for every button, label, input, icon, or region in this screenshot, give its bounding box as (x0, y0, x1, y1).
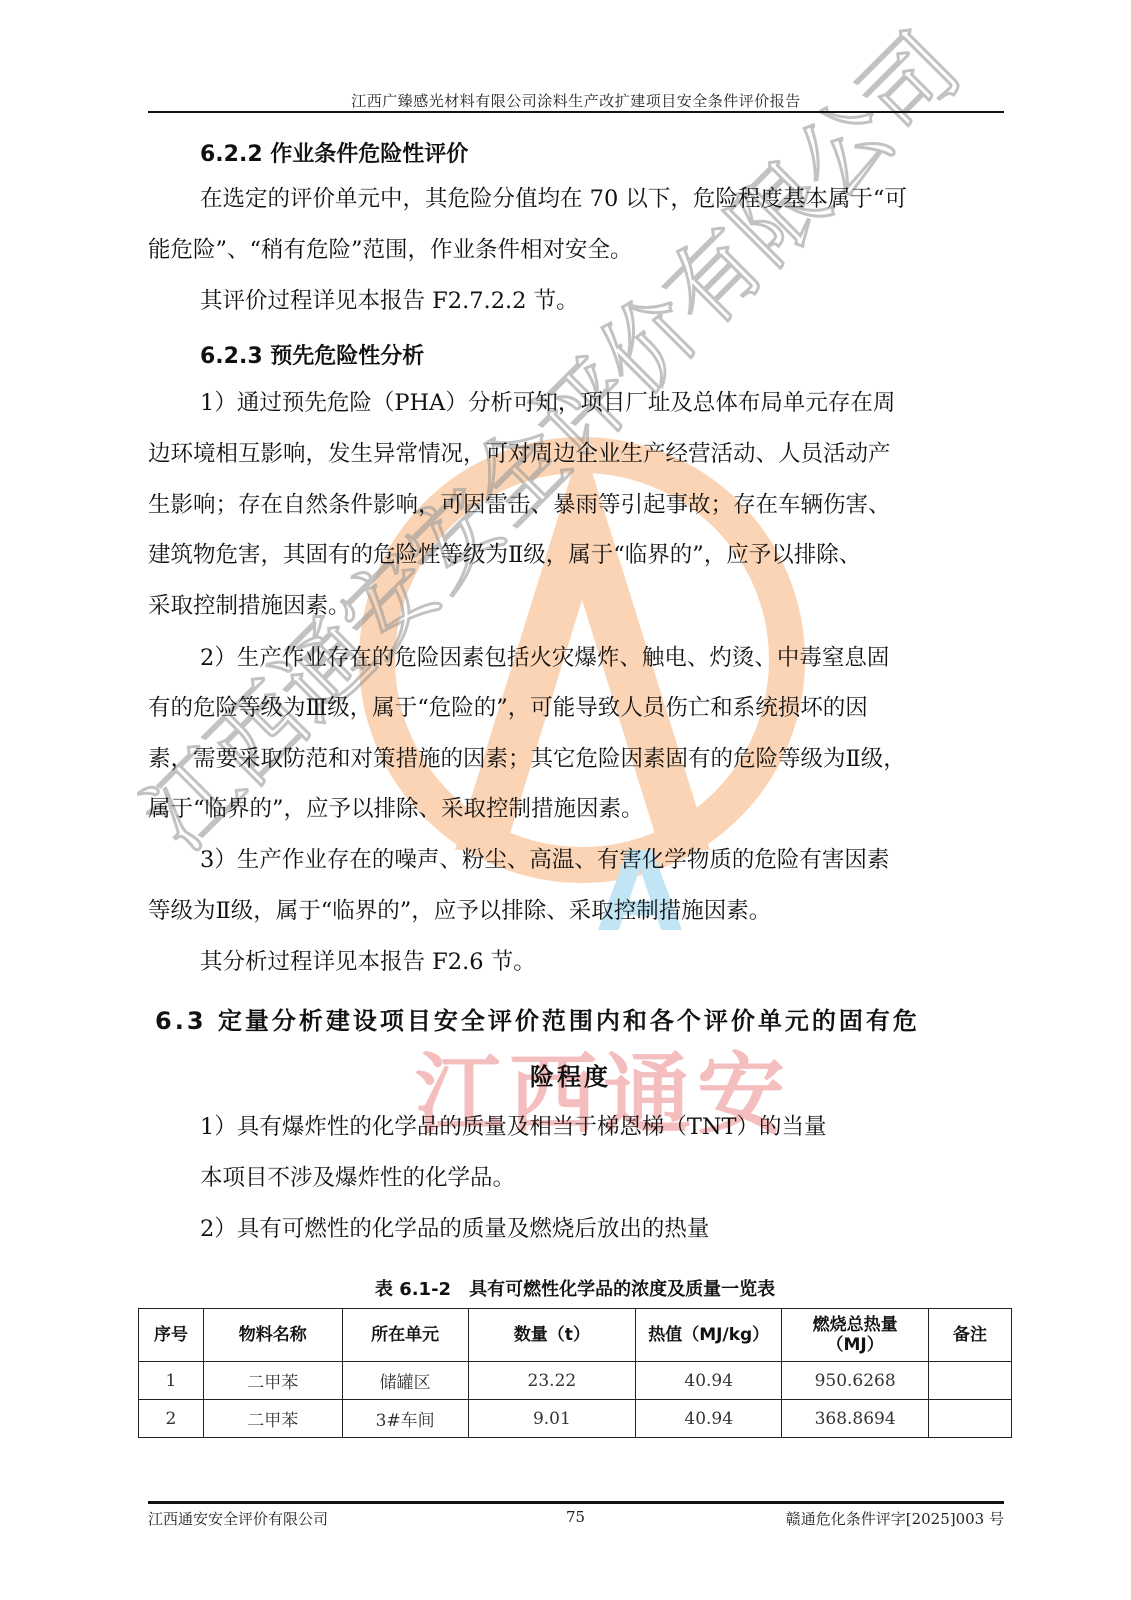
paragraph-line: 2）生产作业存在的危险因素包括火灾爆炸、触电、灼烫、中毒窒息固 (200, 646, 1056, 670)
paragraph-line: 属于“临界的”，应予以排除、采取控制措施因素。 (148, 797, 1004, 821)
paragraph-line: 能危险”、“稍有危险”范围，作业条件相对安全。 (148, 238, 1004, 262)
col-header: 热值（MJ/kg） (636, 1309, 782, 1362)
table-cell: 23.22 (468, 1362, 636, 1400)
table-cell: 3#车间 (342, 1400, 468, 1438)
table-cell: 二甲苯 (203, 1400, 342, 1438)
section-heading-6-3-cont: 险程度 (530, 1057, 611, 1092)
table-cell: 40.94 (636, 1362, 782, 1400)
paragraph-line: 有的危险等级为Ⅲ级，属于“危险的”，可能导致人员伤亡和系统损坏的因 (148, 696, 1004, 720)
paragraph-line: 1）具有爆炸性的化学品的质量及相当于梯恩梯（TNT）的当量 (200, 1115, 1056, 1139)
table-cell: 二甲苯 (203, 1362, 342, 1400)
paragraph-line: 在选定的评价单元中，其危险分值均在 70 以下，危险程度基本属于“可 (200, 187, 1056, 211)
document-page: A 江西通安 江西通安安全评价有限公司 江西广臻感光材料有限公司涂料生产改扩建项… (0, 0, 1131, 1600)
paragraph-line: 建筑物危害，其固有的危险性等级为Ⅱ级，属于“临界的”，应予以排除、 (148, 543, 1004, 567)
table-cell: 2 (139, 1400, 204, 1438)
paragraph-line: 生影响；存在自然条件影响，可因雷击、暴雨等引起事故；存在车辆伤害、 (148, 493, 1004, 517)
table-cell: 1 (139, 1362, 204, 1400)
table-cell (929, 1362, 1012, 1400)
col-header: 备注 (929, 1309, 1012, 1362)
running-header: 江西广臻感光材料有限公司涂料生产改扩建项目安全条件评价报告 (148, 90, 1004, 111)
col-header: 数量（t） (468, 1309, 636, 1362)
paragraph-line: 1）通过预先危险（PHA）分析可知，项目厂址及总体布局单元存在周 (200, 391, 1056, 415)
section-heading-6-2-2: 6.2.2 作业条件危险性评价 (200, 137, 468, 168)
table-row: 2 二甲苯 3#车间 9.01 40.94 368.8694 (139, 1400, 1012, 1438)
table-cell (929, 1400, 1012, 1438)
watermark-stamp-text: 江西通安安全评价有限公司 (110, 0, 984, 873)
table-caption: 表 6.1-2 具有可燃性化学品的浓度及质量一览表 (138, 1275, 1012, 1301)
footer-company: 江西通安安全评价有限公司 (148, 1508, 328, 1529)
flammable-chemicals-table: 序号 物料名称 所在单元 数量（t） 热值（MJ/kg） 燃烧总热量（MJ） 备… (138, 1308, 1012, 1438)
paragraph-line: 素，需要采取防范和对策措施的因素；其它危险因素固有的危险等级为Ⅱ级， (148, 747, 1004, 771)
paragraph-line: 采取控制措施因素。 (148, 594, 1004, 618)
col-header: 序号 (139, 1309, 204, 1362)
table-cell: 储罐区 (342, 1362, 468, 1400)
paragraph-line: 3）生产作业存在的噪声、粉尘、高温、有害化学物质的危险有害因素 (200, 848, 1056, 872)
table-header-row: 序号 物料名称 所在单元 数量（t） 热值（MJ/kg） 燃烧总热量（MJ） 备… (139, 1309, 1012, 1362)
header-rule (148, 111, 1004, 113)
paragraph-line: 其评价过程详见本报告 F2.7.2.2 节。 (200, 289, 1056, 313)
section-heading-6-3: 6.3 定量分析建设项目安全评价范围内和各个评价单元的固有危 (155, 1001, 920, 1036)
col-header: 燃烧总热量（MJ） (782, 1309, 929, 1362)
page-number: 75 (566, 1508, 585, 1526)
table-cell: 9.01 (468, 1400, 636, 1438)
table-cell: 950.6268 (782, 1362, 929, 1400)
col-header: 所在单元 (342, 1309, 468, 1362)
section-heading-6-2-3: 6.2.3 预先危险性分析 (200, 339, 424, 370)
table-row: 1 二甲苯 储罐区 23.22 40.94 950.6268 (139, 1362, 1012, 1400)
col-header: 物料名称 (203, 1309, 342, 1362)
table-cell: 368.8694 (782, 1400, 929, 1438)
table-cell: 40.94 (636, 1400, 782, 1438)
footer-doc-number: 赣通危化条件评字[2025]003 号 (786, 1508, 1004, 1529)
paragraph-line: 其分析过程详见本报告 F2.6 节。 (200, 950, 1056, 974)
paragraph-line: 边环境相互影响，发生异常情况，可对周边企业生产经营活动、人员活动产 (148, 442, 1004, 466)
paragraph-line: 等级为Ⅱ级，属于“临界的”，应予以排除、采取控制措施因素。 (148, 899, 1004, 923)
footer-rule (148, 1501, 1004, 1504)
paragraph-line: 本项目不涉及爆炸性的化学品。 (200, 1166, 1056, 1190)
paragraph-line: 2）具有可燃性的化学品的质量及燃烧后放出的热量 (200, 1217, 1056, 1241)
